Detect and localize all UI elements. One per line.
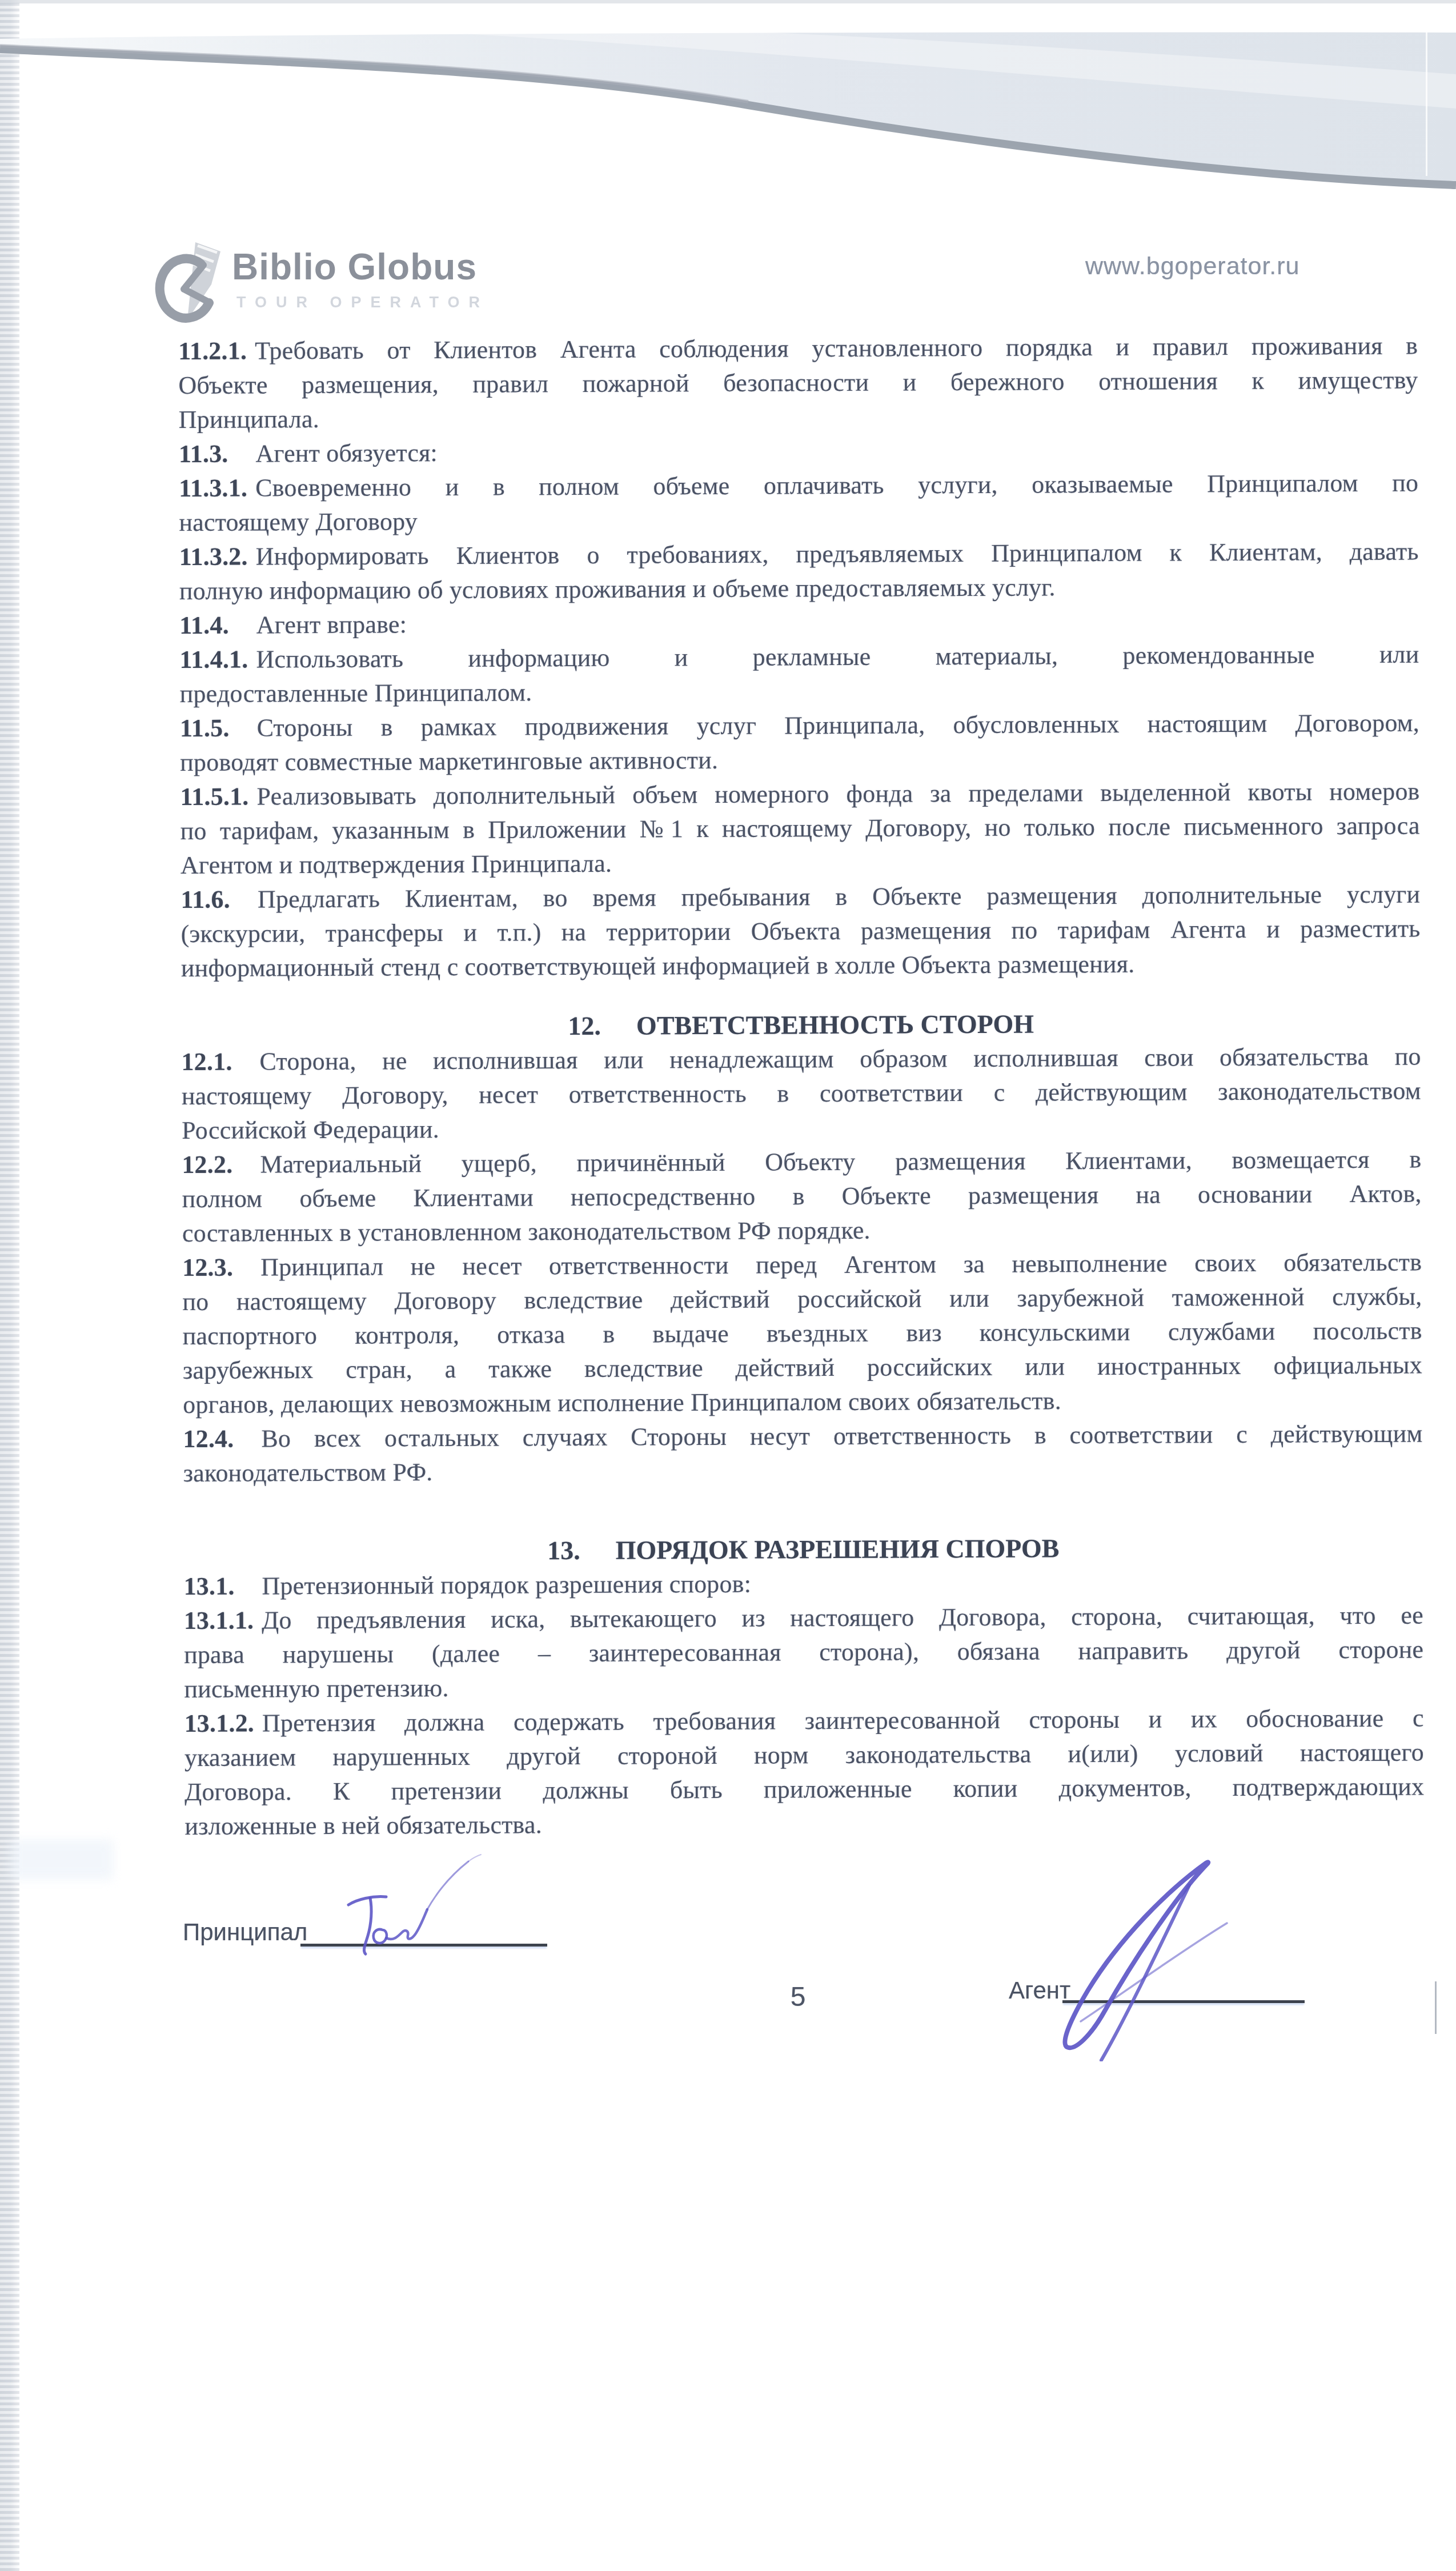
document-line: 13.1.Претензионный порядок разрешения сп… xyxy=(183,1564,1423,1604)
document-line: составленных в установленном законодател… xyxy=(182,1211,1422,1251)
document-line: 11.5.1.Реализовывать дополнительный объе… xyxy=(180,775,1419,814)
document-line: Российской Федерации. xyxy=(182,1108,1421,1148)
paragraph-13-1-2: 13.1.2.Претензия должна содержать требов… xyxy=(184,1701,1424,1844)
document-line: законодательством РФ. xyxy=(183,1451,1423,1491)
paragraph-11-4: 11.4.Агент вправе: xyxy=(179,603,1419,643)
document-line: 12.2.Материальный ущерб, причинённый Объ… xyxy=(182,1143,1421,1182)
paragraph-11-5-1: 11.5.1.Реализовывать дополнительный объе… xyxy=(180,775,1420,883)
document-line: 12.4.Во всех остальных случаях Стороны н… xyxy=(183,1417,1422,1456)
principal-label: Принципал xyxy=(183,1919,307,1946)
logo-title: Biblio Globus xyxy=(232,246,477,288)
paragraph-11-4-1: 11.4.1.Использовать информацию и рекламн… xyxy=(179,638,1419,711)
scanned-contract-page: { "page": { "number": "5" }, "header": {… xyxy=(0,0,1456,2571)
document-line: проводят совместные маркетинговые активн… xyxy=(180,740,1419,780)
document-line: 11.3.2.Информировать Клиентов о требован… xyxy=(179,535,1419,574)
website-url: www.bgoperator.ru xyxy=(1085,253,1302,281)
paragraph-12-1: 12.1.Сторона, не исполнившая или ненадле… xyxy=(181,1040,1421,1148)
document-line: по настоящему Договору вследствие действ… xyxy=(182,1280,1422,1319)
section-heading: 13.ПОРЯДОК РАЗРЕШЕНИЯ СПОРОВ xyxy=(183,1530,1423,1569)
document-line: 11.4.1.Использовать информацию и рекламн… xyxy=(179,638,1419,677)
document-line: 12.1.Сторона, не исполнившая или ненадле… xyxy=(181,1040,1421,1079)
agent-signature xyxy=(1045,1850,1240,2061)
paragraph-11-3-2: 11.3.2.Информировать Клиентов о требован… xyxy=(179,535,1419,608)
document-line: 11.2.1.Требовать от Клиентов Агента собл… xyxy=(178,329,1418,369)
document-line: паспортного контроля, отказа в выдаче въ… xyxy=(183,1314,1422,1353)
document-line: 11.3.1.Своевременно и в полном объеме оп… xyxy=(179,466,1418,506)
document-line: 11.5.Стороны в рамках продвижения услуг … xyxy=(180,706,1419,746)
document-line: 13.1.1.До предъявления иска, вытекающего… xyxy=(184,1599,1423,1638)
paragraph-11-3: 11.3.Агент обязуется: xyxy=(179,432,1418,471)
document-line: органов, делающих невозможным исполнение… xyxy=(183,1383,1422,1422)
scan-left-edge xyxy=(0,0,19,2571)
document-line: полную информацию об условиях проживания… xyxy=(179,569,1419,608)
document-line: права нарушены (далее – заинтересованная… xyxy=(184,1633,1423,1672)
section-heading: 12.ОТВЕТСТВЕННОСТЬ СТОРОН xyxy=(181,1006,1421,1045)
document-line: 12.3.Принципал не несет ответственности … xyxy=(182,1246,1422,1285)
document-line: настоящему Договору xyxy=(179,500,1418,540)
document-line: 13.1.2.Претензия должна содержать требов… xyxy=(184,1701,1423,1741)
paragraph-12-2: 12.2.Материальный ущерб, причинённый Объ… xyxy=(182,1143,1422,1251)
letterhead-wave xyxy=(0,0,1456,240)
document-line: Агентом и подтверждения Принципала. xyxy=(181,843,1420,883)
scan-seam-artifact xyxy=(1426,5,1427,176)
logo-subtitle: TOUR OPERATOR xyxy=(236,294,489,311)
document-line: Принципала. xyxy=(179,398,1418,437)
document-line: Объекте размещения, правил пожарной безо… xyxy=(178,363,1418,403)
principal-signature xyxy=(315,1824,487,1984)
document-line: 11.3.Агент обязуется: xyxy=(179,432,1418,471)
scan-artifact-patch xyxy=(10,1840,113,1880)
document-line: (экскурсии, трансферы и т.п.) на террито… xyxy=(181,912,1420,951)
paragraph-11-6: 11.6.Предлагать Клиентам, во время пребы… xyxy=(181,878,1421,986)
document-line: по тарифам, указанным в Приложении №1 к … xyxy=(181,809,1420,848)
biblio-globus-logo: Biblio Globus TOUR OPERATOR xyxy=(147,230,661,338)
document-line: 11.4.Агент вправе: xyxy=(179,603,1419,643)
paragraph-11-2-1: 11.2.1.Требовать от Клиентов Агента собл… xyxy=(178,329,1418,437)
document-line: настоящему Договору, несет ответственнос… xyxy=(182,1074,1421,1114)
contract-text: 11.2.1.Требовать от Клиентов Агента собл… xyxy=(178,329,1425,1844)
scan-artifact-line xyxy=(1435,1981,1437,2034)
document-line: 11.6.Предлагать Клиентам, во время пребы… xyxy=(181,878,1420,917)
document-line: предоставленные Принципалом. xyxy=(180,672,1419,711)
paragraph-12-4: 12.4.Во всех остальных случаях Стороны н… xyxy=(183,1417,1423,1491)
paragraph-13-1-1: 13.1.1.До предъявления иска, вытекающего… xyxy=(184,1599,1424,1707)
paragraph-13-1: 13.1.Претензионный порядок разрешения сп… xyxy=(183,1564,1423,1604)
document-line: информационный стенд с соответствующей и… xyxy=(181,946,1421,986)
paragraph-11-3-1: 11.3.1.Своевременно и в полном объеме оп… xyxy=(179,466,1419,540)
document-line: письменную претензию. xyxy=(184,1667,1423,1707)
document-line: зарубежных стран, а также вследствие дей… xyxy=(183,1348,1422,1388)
paragraph-11-5: 11.5.Стороны в рамках продвижения услуг … xyxy=(180,706,1420,780)
document-line: указанием нарушенных другой стороной нор… xyxy=(184,1736,1424,1775)
page-number: 5 xyxy=(178,1981,1418,2013)
document-line: полном объеме Клиентами непосредственно … xyxy=(182,1177,1421,1216)
globe-logo-icon xyxy=(147,230,224,331)
paragraph-12-3: 12.3.Принципал не несет ответственности … xyxy=(182,1246,1422,1422)
document-line: Договора. К претензии должны быть прилож… xyxy=(184,1770,1424,1809)
